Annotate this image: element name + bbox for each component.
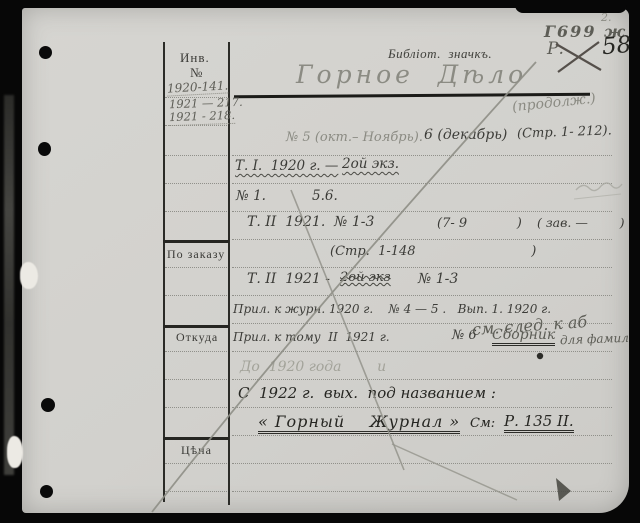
inv-header-label: № (190, 66, 203, 79)
scan-edge-shadow (515, 0, 627, 13)
inv-header-label: Инв. (180, 51, 210, 64)
handwritten-entry-e19: Сборник (492, 328, 555, 346)
handwritten-entry-e24: См: (470, 417, 495, 430)
punch-hole (39, 46, 52, 59)
handwritten-entry-e2: 6 (декабрь) (424, 128, 507, 142)
ruled-line (232, 379, 612, 380)
handwritten-entry-e1: № 5 (окт.– Ноябрь). (286, 131, 423, 144)
ruled-line (165, 463, 227, 464)
handwritten-entry-e14: № 1-3 (418, 272, 458, 286)
ruled-line (165, 267, 227, 268)
scanned-ledger-page: Инв. № По заказу Откуда Цѣна Библіот. зн… (0, 0, 640, 523)
ruled-line (165, 351, 227, 352)
handwritten-entry-e23: « Горный Журнал » (258, 414, 460, 434)
ruled-line (232, 155, 612, 156)
section-divider (163, 325, 229, 328)
handwritten-entry-e15: Прил. к журн. 1920 г. № 4 — 5 . Вып. 1. … (233, 303, 551, 315)
call-letter: Р. (547, 41, 564, 58)
ruled-line (232, 407, 612, 408)
handwritten-entry-e22: С 1922 г. вых. под названием : (238, 386, 496, 401)
call-number: 58 (601, 34, 632, 59)
ruled-line (232, 211, 612, 212)
library-stamp-label: Библіот. значкъ. (388, 47, 492, 60)
ledger-table-vline (163, 42, 165, 502)
handwritten-entry-e13: 2ой экз (340, 271, 391, 284)
shelf-mark-superscript: 2. (601, 12, 612, 23)
handwritten-entry-e5: 2ой экз. (342, 158, 399, 172)
punch-hole (41, 398, 55, 412)
ruled-line (232, 435, 612, 436)
ruled-line (165, 379, 227, 380)
paper-edge-texture (4, 95, 14, 475)
handwritten-entry-e18: № 6 (452, 329, 477, 342)
ruled-line (165, 407, 227, 408)
handwritten-entry-e21: До 1920 года и (240, 360, 386, 374)
ruled-line (165, 211, 227, 212)
handwritten-entry-e7: 5.6. (312, 190, 338, 204)
section-divider (163, 437, 229, 440)
punch-hole (40, 485, 53, 498)
ruled-line (232, 239, 612, 240)
handwritten-entry-e4: Т. І. 1920 г. — (235, 160, 338, 174)
page-title: Горное Дѣло (296, 62, 527, 87)
paper-tear (20, 262, 38, 289)
punch-hole (38, 142, 51, 156)
handwritten-entry-e20: для фамил (560, 332, 629, 346)
ruled-line (165, 491, 227, 492)
handwritten-entry-e25: Р. 135 ІІ. (504, 414, 574, 433)
handwritten-entry-e11: (Стр. 1-148 ) (330, 245, 536, 258)
ruled-line (232, 183, 612, 184)
ruled-line (232, 491, 612, 492)
ruled-line (232, 295, 612, 296)
ruled-line (165, 183, 227, 184)
handwritten-entry-e3: (Стр. 1- 212). (517, 124, 612, 140)
handwritten-entry-e12: Т. ІІ 1921 - (247, 272, 330, 286)
section-divider (163, 240, 229, 243)
handwritten-entry-e6: № 1. (236, 190, 266, 204)
ruled-line (232, 463, 612, 464)
section-label: Откуда (176, 331, 218, 343)
inv-number: 1921 - 218. (169, 110, 236, 126)
ruled-line (165, 295, 227, 296)
ruled-line (232, 267, 612, 268)
section-label: Цѣна (181, 444, 212, 456)
handwritten-entry-e8: Т. ІІ 1921. № 1-3 (247, 215, 374, 229)
section-label: По заказу (167, 248, 225, 260)
handwritten-entry-e9: (7- 9 ) (437, 217, 522, 230)
ruled-line (165, 155, 227, 156)
handwritten-entry-e10: ( зав. — ) (537, 217, 625, 230)
paper-tear (7, 436, 23, 468)
handwritten-entry-e17: Прил. к тому ІІ 1921 г. (233, 331, 390, 343)
ruled-line (232, 351, 612, 352)
